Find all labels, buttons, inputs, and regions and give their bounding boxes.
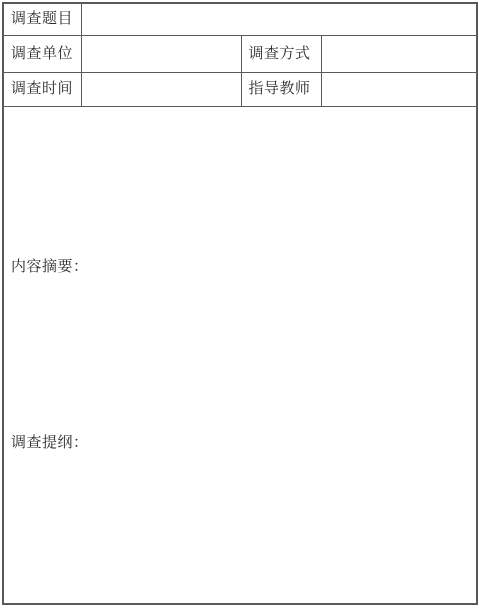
- survey-unit-value-cell[interactable]: [81, 35, 241, 72]
- survey-form-table: 调查题目 调查单位 调查方式 调查时间 指导教师 内容摘要： 调查提纲：: [2, 2, 478, 605]
- survey-method-label: 调查方式: [241, 35, 321, 72]
- survey-time-label: 调查时间: [3, 72, 81, 106]
- survey-teacher-label: 指导教师: [241, 72, 321, 106]
- survey-title-row: 调查题目: [3, 3, 477, 35]
- summary-label: 内容摘要：: [11, 257, 476, 277]
- outline-label: 调查提纲：: [11, 433, 476, 453]
- survey-teacher-value-cell[interactable]: [321, 72, 477, 106]
- survey-title-label: 调查题目: [3, 3, 81, 35]
- survey-time-teacher-row: 调查时间 指导教师: [3, 72, 477, 106]
- survey-title-value-cell[interactable]: [81, 3, 477, 35]
- content-row: 内容摘要： 调查提纲：: [3, 106, 477, 604]
- survey-method-value-cell[interactable]: [321, 35, 477, 72]
- survey-time-value-cell[interactable]: [81, 72, 241, 106]
- survey-unit-label: 调查单位: [3, 35, 81, 72]
- content-cell[interactable]: 内容摘要： 调查提纲：: [3, 106, 477, 604]
- survey-unit-method-row: 调查单位 调查方式: [3, 35, 477, 72]
